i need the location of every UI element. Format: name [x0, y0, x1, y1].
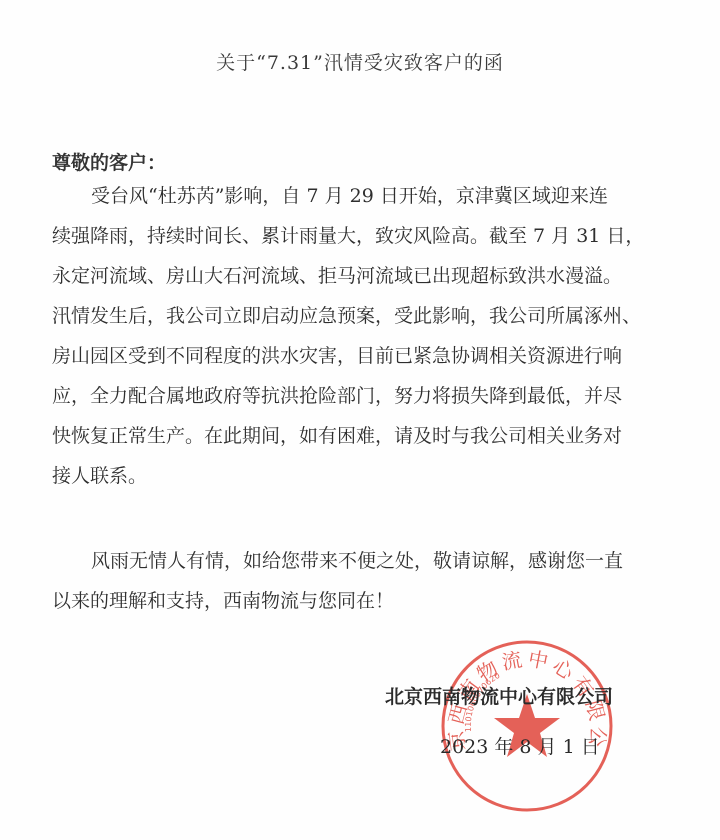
- paragraph-1: 受台风“杜苏芮”影响，自 7 月 29 日开始，京津冀区域迎来连 续强降雨，持续…: [52, 176, 672, 496]
- salutation: 尊敬的客户：: [52, 148, 166, 175]
- paragraph-2: 风雨无情人有情，如给您带来不便之处，敬请谅解，感谢您一直 以来的理解和支持，西南…: [52, 541, 672, 621]
- paragraph-line: 汛情发生后，我公司立即启动应急预案，受此影响，我公司所属涿州、: [52, 296, 672, 336]
- company-seal: 北京西南物流中心有限公司 1101060070620: [437, 636, 617, 816]
- letter-page: 关于“7.31”汛情受灾致客户的函 尊敬的客户： 受台风“杜苏芮”影响，自 7 …: [0, 0, 720, 840]
- paragraph-line: 应，全力配合属地政府等抗洪抢险部门，努力将损失降到最低，并尽: [52, 376, 672, 416]
- paragraph-line: 风雨无情人有情，如给您带来不便之处，敬请谅解，感谢您一直: [52, 541, 672, 581]
- paragraph-line: 接人联系。: [52, 456, 672, 496]
- paragraph-line: 快恢复正常生产。在此期间，如有困难，请及时与我公司相关业务对: [52, 416, 672, 456]
- signature-company: 北京西南物流中心有限公司: [385, 682, 613, 709]
- paragraph-line: 以来的理解和支持，西南物流与您同在！: [52, 581, 672, 621]
- paragraph-line: 房山园区受到不同程度的洪水灾害，目前已紧急协调相关资源进行响: [52, 336, 672, 376]
- letter-title: 关于“7.31”汛情受灾致客户的函: [0, 48, 720, 75]
- signature-date: 2023 年 8 月 1 日: [440, 732, 600, 759]
- paragraph-line: 受台风“杜苏芮”影响，自 7 月 29 日开始，京津冀区域迎来连: [52, 176, 672, 216]
- paragraph-line: 续强降雨，持续时间长、累计雨量大，致灾风险高。截至 7 月 31 日，: [52, 216, 672, 256]
- paragraph-line: 永定河流域、房山大石河流域、拒马河流域已出现超标致洪水漫溢。: [52, 256, 672, 296]
